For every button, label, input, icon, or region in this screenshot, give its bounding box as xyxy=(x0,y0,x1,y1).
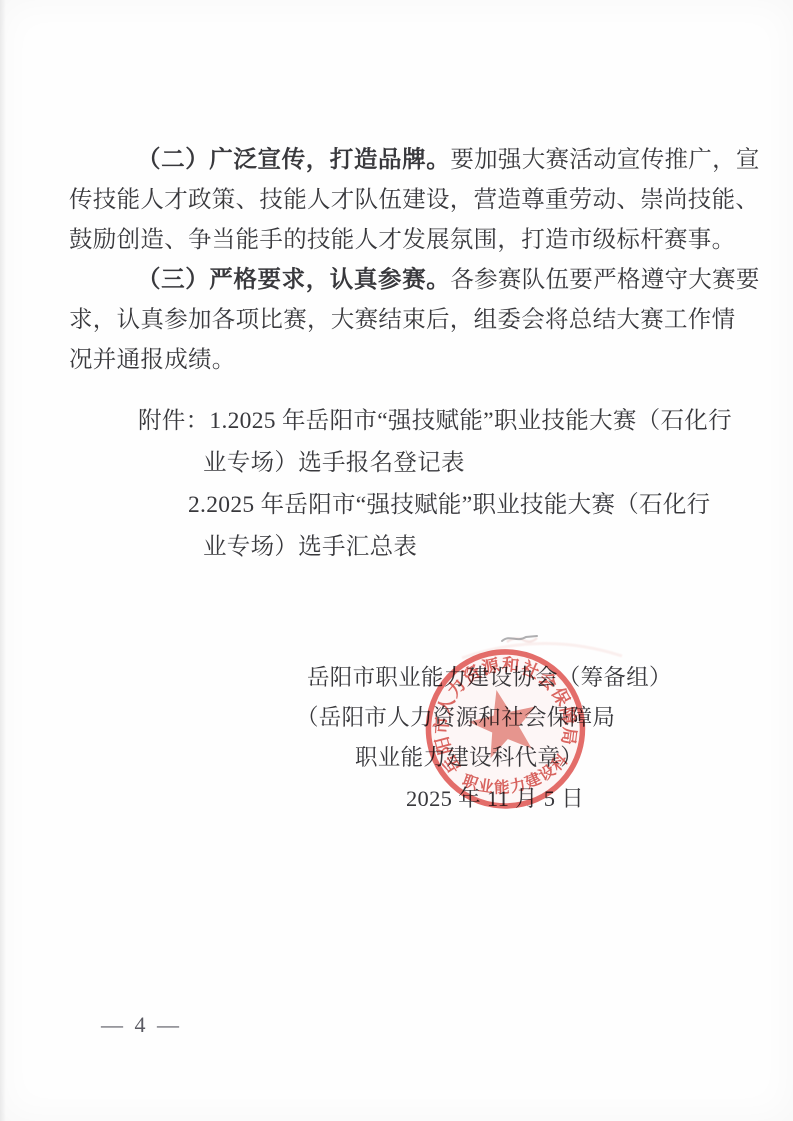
paragraph-2-line-2: 传技能人才政策、技能人才队伍建设，营造尊重劳动、崇尚技能、 xyxy=(69,188,759,213)
attachment-2-title-part1: 2.2025 年岳阳市“强技赋能”职业技能大赛（石化行 xyxy=(188,493,710,518)
paragraph-2-line-1: （二）广泛宣传，打造品牌。要加强大赛活动宣传推广，宣 xyxy=(137,148,760,173)
paragraph-2-text: 要加强大赛活动宣传推广，宣 xyxy=(450,147,759,173)
official-seal: 岳阳市人力资源和社会保障局 职业能力建设科 xyxy=(380,602,630,852)
page-number: — 4 — xyxy=(101,1012,182,1038)
paragraph-3-text: 各参赛队伍要严格遵守大赛要 xyxy=(450,267,759,293)
paragraph-2-line-3: 鼓励创造、争当能手的技能人才发展氛围，打造市级标杆赛事。 xyxy=(69,228,735,253)
paragraph-3-lead: （三）严格要求，认真参赛。 xyxy=(137,267,450,293)
paragraph-3-line-3: 况并通报成绩。 xyxy=(69,348,236,373)
attachment-1-title-part2: 业专场）选手报名登记表 xyxy=(203,451,465,476)
paragraph-3-line-2: 求，认真参加各项比赛，大赛结束后，组委会将总结大赛工作情 xyxy=(69,308,735,333)
attachments-line-1: 附件：1.2025 年岳阳市“强技赋能”职业技能大赛（石化行 xyxy=(138,409,732,434)
attachments-label: 附件： xyxy=(138,408,209,434)
attachment-2-title-part2: 业专场）选手汇总表 xyxy=(203,535,417,560)
paragraph-2-lead: （二）广泛宣传，打造品牌。 xyxy=(137,147,450,173)
document-page: （二）广泛宣传，打造品牌。要加强大赛活动宣传推广，宣 传技能人才政策、技能人才队… xyxy=(0,0,793,1121)
attachment-1-title-part1: 1.2025 年岳阳市“强技赋能”职业技能大赛（石化行 xyxy=(209,408,731,434)
paragraph-3-line-1: （三）严格要求，认真参赛。各参赛队伍要严格遵守大赛要 xyxy=(137,268,760,293)
